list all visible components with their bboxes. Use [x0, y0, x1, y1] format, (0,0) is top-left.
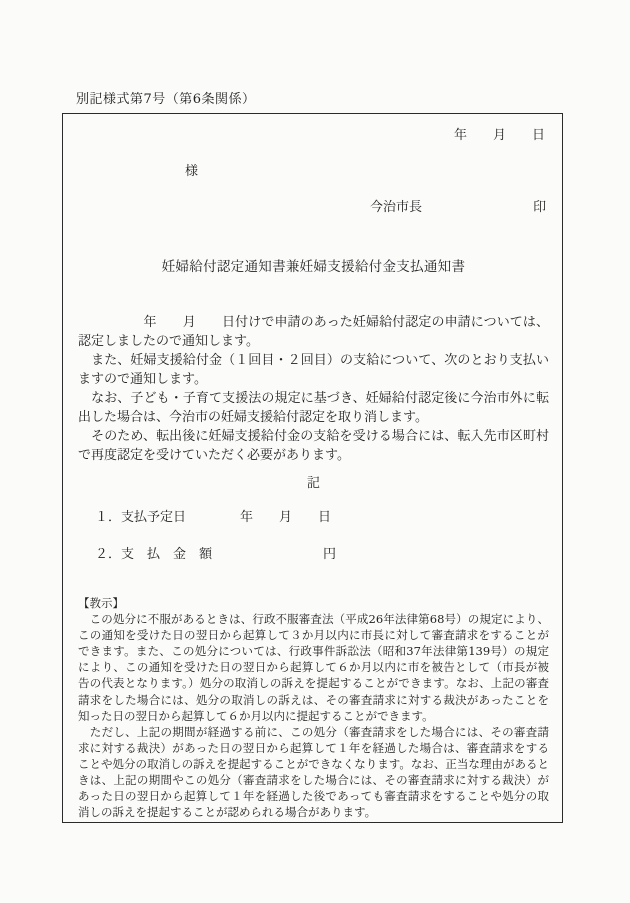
kyoji-paragraph: ただし、上記の期間が経過する前に、この処分（審査請求をした場合には、その審査請求… — [78, 724, 549, 821]
body-paragraph: また、妊婦支援給付金（１回目・２回目）の支給について、次のとおり支払いますので通… — [78, 351, 549, 389]
payment-amount-label: ２．支 払 金 額 — [95, 547, 212, 562]
payment-date-item: １．支払予定日 年 月 日 — [95, 508, 549, 527]
notice-box: 年 月 日 様 今治市長 印 妊婦給付認定通知書兼妊婦支援給付金支払通知書 年 … — [62, 113, 563, 823]
document-page: 別記様式第7号（第6条関係） 年 月 日 様 今治市長 印 妊婦給付認定通知書兼… — [0, 0, 630, 903]
form-style-label: 別記様式第7号（第6条関係） — [76, 88, 256, 107]
seal-mark: 印 — [533, 198, 546, 217]
addressee-line: 様 — [78, 162, 549, 181]
kyoji-paragraph: この処分に不服があるときは、行政不服審査法（平成26年法律第68号）の規定により… — [78, 611, 549, 724]
payment-date-label: １．支払予定日 — [95, 510, 186, 525]
addressee-honorific: 様 — [185, 164, 198, 179]
document-title: 妊婦給付認定通知書兼妊婦支援給付金支払通知書 — [78, 258, 549, 277]
payment-amount-item: ２．支 払 金 額 円 — [95, 545, 549, 564]
issue-date-line: 年 月 日 — [78, 126, 549, 145]
issuer-name: 今治市長 — [370, 200, 422, 215]
kyoji-heading: 【教示】 — [78, 595, 549, 611]
payment-date-value: 年 月 日 — [240, 508, 331, 527]
ki-marker: 記 — [78, 474, 549, 493]
body-paragraph: なお、子ども・子育て支援法の規定に基づき、妊婦給付認定後に今治市外に転出した場合… — [78, 389, 549, 427]
payment-amount-unit: 円 — [323, 545, 336, 564]
body-paragraph: 年 月 日付けで申請のあった妊婦給付認定の申請については、認定しましたので通知し… — [78, 313, 549, 351]
issuer-line: 今治市長 印 — [78, 198, 549, 217]
body-text: 年 月 日付けで申請のあった妊婦給付認定の申請については、認定しましたので通知し… — [78, 313, 549, 465]
body-paragraph: そのため、転出後に妊婦支援給付金の支給を受ける場合には、転入先市区町村で再度認定… — [78, 427, 549, 465]
kyoji-section: 【教示】 この処分に不服があるときは、行政不服審査法（平成26年法律第68号）の… — [78, 595, 549, 820]
